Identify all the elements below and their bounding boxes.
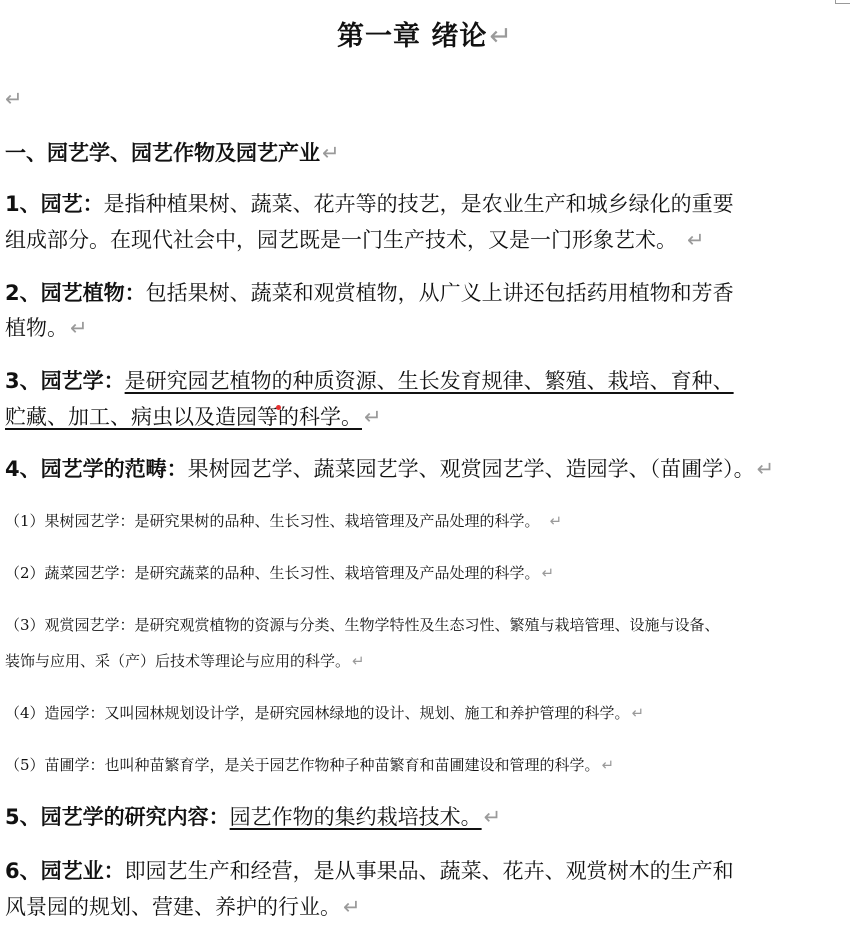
- sub-item-text: 装饰与应用、采（产）后技术等理论与应用的科学。: [5, 652, 350, 670]
- definition-text-underlined: 贮藏、加工、病虫以及造园等的科学。: [5, 405, 362, 429]
- red-marker-dot: [276, 405, 281, 410]
- paragraph-mark-icon: ↵: [364, 405, 382, 429]
- definition-horticulture-line2: 组成部分。在现代社会中，园艺既是一门生产技术，又是一门形象艺术。↵: [5, 223, 705, 257]
- definition-horticulture-science-line1: 3、园艺学：是研究园艺植物的种质资源、生长发育规律、繁殖、栽培、育种、: [5, 364, 734, 398]
- sub-item-text: （5）苗圃学：也叫种苗繁育学，是关于园艺作物种子种苗繁育和苗圃建设和管理的科学。: [5, 756, 600, 774]
- paragraph-mark-icon: ↵: [5, 87, 23, 111]
- definition-text: 植物。: [5, 316, 68, 340]
- term-label: 4、园艺学的范畴：: [5, 457, 188, 481]
- paragraph-mark-icon: ↵: [343, 895, 361, 919]
- document-page: 第一章 绪论↵ ↵ 一、园艺学、园艺作物及园艺产业↵ 1、园艺：是指种植果树、蔬…: [0, 0, 850, 943]
- definition-text-underlined: 园艺作物的集约栽培技术。: [230, 805, 482, 829]
- definition-industry-line2: 风景园的规划、营建、养护的行业。↵: [5, 890, 361, 924]
- definition-text: 是指种植果树、蔬菜、花卉等的技艺，是农业生产和城乡绿化的重要: [104, 192, 734, 216]
- paragraph-mark-icon: ↵: [632, 704, 645, 722]
- chapter-title: 第一章 绪论↵: [0, 14, 850, 53]
- definition-text: 组成部分。在现代社会中，园艺既是一门生产技术，又是一门形象艺术。: [5, 228, 677, 252]
- paragraph-mark-icon: ↵: [352, 652, 365, 670]
- sub-item-landscape: （4）造园学：又叫园林规划设计学，是研究园林绿地的设计、规划、施工和养护管理的科…: [5, 696, 644, 730]
- sub-item-text: （1）果树园艺学：是研究果树的品种、生长习性、栽培管理及产品处理的科学。: [5, 512, 540, 530]
- page-corner-mark: [835, 0, 850, 4]
- definition-scope: 4、园艺学的范畴：果树园艺学、蔬菜园艺学、观赏园艺学、造园学、（苗圃学）。↵: [5, 452, 774, 486]
- definition-plants-line2: 植物。↵: [5, 311, 88, 345]
- definition-text-underlined: 是研究园艺植物的种质资源、生长发育规律、繁殖、栽培、育种、: [125, 369, 734, 393]
- section-heading-text: 一、园艺学、园艺作物及园艺产业: [5, 140, 320, 165]
- sub-item-ornamental-line1: （3）观赏园艺学：是研究观赏植物的资源与分类、生物学特性及生态习性、繁殖与栽培管…: [5, 608, 720, 642]
- definition-text: 包括果树、蔬菜和观赏植物，从广义上讲还包括药用植物和芳香: [146, 281, 734, 305]
- definition-text: 果树园艺学、蔬菜园艺学、观赏园艺学、造园学、（苗圃学）。: [188, 457, 755, 481]
- sub-item-text: （4）造园学：又叫园林规划设计学，是研究园林绿地的设计、规划、施工和养护管理的科…: [5, 704, 630, 722]
- paragraph-mark-icon: ↵: [70, 316, 88, 340]
- sub-item-fruit: （1）果树园艺学：是研究果树的品种、生长习性、栽培管理及产品处理的科学。↵: [5, 504, 562, 538]
- term-label: 6、园艺业：: [5, 859, 125, 883]
- paragraph-mark-icon: ↵: [550, 512, 563, 530]
- paragraph-mark-icon: ↵: [484, 805, 502, 829]
- definition-research-content: 5、园艺学的研究内容：园艺作物的集约栽培技术。↵: [5, 800, 501, 834]
- definition-plants-line1: 2、园艺植物：包括果树、蔬菜和观赏植物，从广义上讲还包括药用植物和芳香: [5, 276, 734, 310]
- sub-item-nursery: （5）苗圃学：也叫种苗繁育学，是关于园艺作物种子种苗繁育和苗圃建设和管理的科学。…: [5, 748, 614, 782]
- paragraph-mark-icon: ↵: [489, 21, 513, 52]
- sub-item-vegetable: （2）蔬菜园艺学：是研究蔬菜的品种、生长习性、栽培管理及产品处理的科学。↵: [5, 556, 554, 590]
- paragraph-mark-icon: ↵: [757, 457, 775, 481]
- term-label: 5、园艺学的研究内容：: [5, 805, 230, 829]
- sub-item-text: （2）蔬菜园艺学：是研究蔬菜的品种、生长习性、栽培管理及产品处理的科学。: [5, 564, 540, 582]
- definition-text: 风景园的规划、营建、养护的行业。: [5, 895, 341, 919]
- term-label: 2、园艺植物：: [5, 281, 146, 305]
- paragraph-mark-icon: ↵: [322, 141, 340, 165]
- paragraph-mark-icon: ↵: [542, 564, 555, 582]
- definition-text: 即园艺生产和经营，是从事果品、蔬菜、花卉、观赏树木的生产和: [125, 859, 734, 883]
- definition-horticulture-line1: 1、园艺：是指种植果树、蔬菜、花卉等的技艺，是农业生产和城乡绿化的重要: [5, 187, 734, 221]
- paragraph-mark-icon: ↵: [602, 756, 615, 774]
- paragraph-mark-icon: ↵: [687, 228, 705, 252]
- term-label: 1、园艺：: [5, 192, 104, 216]
- definition-horticulture-science-line2: 贮藏、加工、病虫以及造园等的科学。↵: [5, 400, 382, 434]
- term-label: 3、园艺学：: [5, 369, 125, 393]
- sub-item-text: （3）观赏园艺学：是研究观赏植物的资源与分类、生物学特性及生态习性、繁殖与栽培管…: [5, 616, 720, 634]
- empty-paragraph: ↵: [5, 82, 23, 116]
- sub-item-ornamental-line2: 装饰与应用、采（产）后技术等理论与应用的科学。↵: [5, 644, 365, 678]
- section-heading: 一、园艺学、园艺作物及园艺产业↵: [5, 136, 340, 170]
- chapter-title-text: 第一章 绪论: [337, 21, 487, 52]
- definition-industry-line1: 6、园艺业：即园艺生产和经营，是从事果品、蔬菜、花卉、观赏树木的生产和: [5, 854, 734, 888]
